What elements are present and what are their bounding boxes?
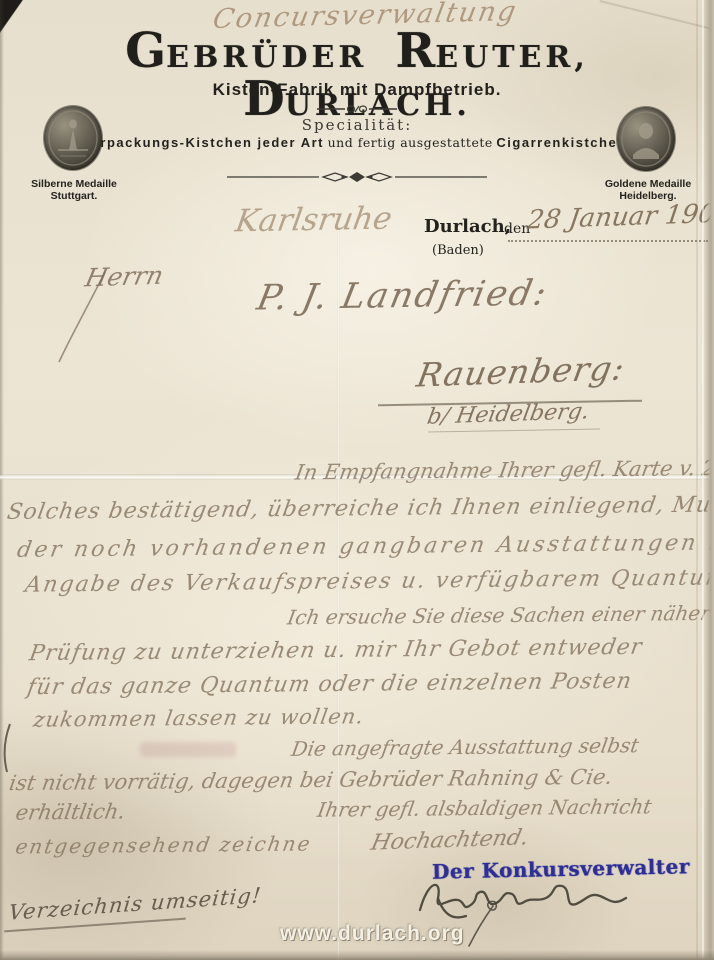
handwritten-recipient-town: Rauenberg: [414,348,628,394]
scan-bottom-edge [0,950,714,960]
body-line: Solches bestätigend, überreiche ich Ihne… [5,492,714,525]
medal-gold-caption-line1: Goldene Medaille [588,178,708,190]
medal-silver-caption-line1: Silberne Medaille [14,178,134,190]
company-word-reuter: Reuter, [395,27,589,75]
pen-flourish-salutation [55,268,115,368]
handwritten-recipient-near: b/ Heidelberg. [425,399,591,430]
body-line: Prüfung zu unterziehen u. mir Ihr Gebot … [27,635,644,666]
medal-silver-image [44,106,102,170]
scanned-letter-page: Concursverwaltung GebrüderReuter,Durlach… [0,0,714,960]
ornament-small-icon [317,102,397,116]
medal-silver-caption: Silberne Medaille Stuttgart. [14,178,134,202]
medal-silver-caption-line2: Stuttgart. [14,190,134,202]
speciality-label: Specialität: [0,116,714,134]
speciality-mid: und fertig ausgestattete [328,135,493,150]
speciality-line: Verpackungs-Kistchen jeder Art und ferti… [0,135,714,150]
body-line: zukommen lassen zu wollen. [32,704,366,731]
company-subtitle: Kisten-Fabrik mit Dampfbetrieb. [0,80,714,100]
printed-region: (Baden) [432,243,484,258]
scan-right-edge [703,0,714,960]
body-line: Angabe des Verkaufspreises u. verfügbare… [23,565,714,597]
speciality-strong-2: Cigarrenkistchen. [496,135,631,150]
company-word-gebrueder: Gebrüder [125,27,367,75]
handwritten-recipient-name: P. J. Landfried: [254,273,552,318]
pen-stroke-bottom [463,898,505,950]
right-fold-line [696,0,698,960]
pen-stroke-left-margin [0,722,14,774]
body-line-closing: Hochachtend. [369,825,531,855]
near-underline [428,428,600,432]
handwritten-date: 28 Januar 1902 [525,198,714,235]
signature-handwriting [414,872,646,924]
handwritten-footer-note: Verzeichnis umseitig! [7,883,262,924]
body-line: entgegensehend zeichne [14,831,314,858]
medal-gold-caption: Goldene Medaille Heidelberg. [588,178,708,202]
body-line: Die angefragte Ausstattung selbst [290,733,641,761]
body-line: In Empfangnahme Ihrer gefl. Karte v. 25.… [294,456,714,485]
faint-ink-mark [140,742,236,757]
body-line: erhältlich. [14,799,127,824]
body-line: Ich ersuche Sie diese Sachen einer näher… [286,601,714,630]
medal-gold-image [617,107,675,171]
printed-city: Durlach, [424,216,511,237]
handwritten-city: Karlsruhe [233,201,395,240]
body-line: ist nicht vorrätig, dagegen bei Gebrüder… [7,765,614,795]
site-watermark: www.durlach.org [280,922,465,946]
ornament-divider-icon [227,168,487,186]
body-line: der noch vorhandenen gangbaren Ausstattu… [15,530,714,563]
body-line: Ihrer gefl. alsbaldigen Nachricht [316,794,654,821]
body-line: für das ganze Quantum oder die einzelnen… [25,669,634,700]
speciality-strong-1: Verpackungs-Kistchen jeder Art [82,135,324,150]
